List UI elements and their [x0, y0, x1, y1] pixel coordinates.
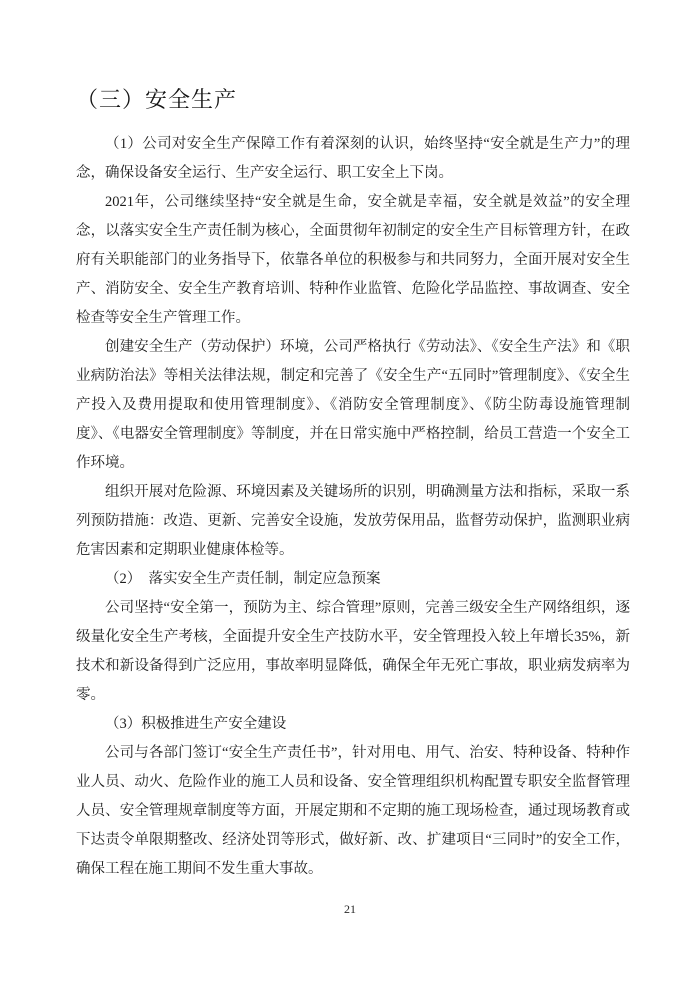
paragraph-6: 公司与各部门签订“安全生产责任书”，针对用电、用气、治安、特种设备、特种作业人员… — [76, 739, 630, 884]
paragraph-4: 组织开展对危险源、环境因素及关键场所的识别，明确测量方法和指标，采取一系列预防措… — [76, 478, 630, 565]
document-page: （三）安全生产 （1）公司对安全生产保障工作有着深刻的认识，始终坚持“安全就是生… — [0, 0, 700, 989]
paragraph-1: （1）公司对安全生产保障工作有着深刻的认识，始终坚持“安全就是生产力”的理念，确… — [76, 130, 630, 188]
paragraph-2: 2021年，公司继续坚持“安全就是生命，安全就是幸福，安全就是效益”的安全理念，… — [76, 188, 630, 333]
page-number: 21 — [0, 902, 700, 917]
subsection-heading-2: （2） 落实安全生产责任制，制定应急预案 — [76, 565, 630, 594]
document-content: （三）安全生产 （1）公司对安全生产保障工作有着深刻的认识，始终坚持“安全就是生… — [76, 86, 630, 884]
paragraph-5: 公司坚持“安全第一，预防为主、综合管理”原则，完善三级安全生产网络组织，逐级量化… — [76, 594, 630, 710]
section-heading: （三）安全生产 — [76, 86, 630, 114]
subsection-heading-3: （3）积极推进生产安全建设 — [76, 710, 630, 739]
paragraph-3: 创建安全生产（劳动保护）环境，公司严格执行《劳动法》、《安全生产法》和《职业病防… — [76, 333, 630, 478]
